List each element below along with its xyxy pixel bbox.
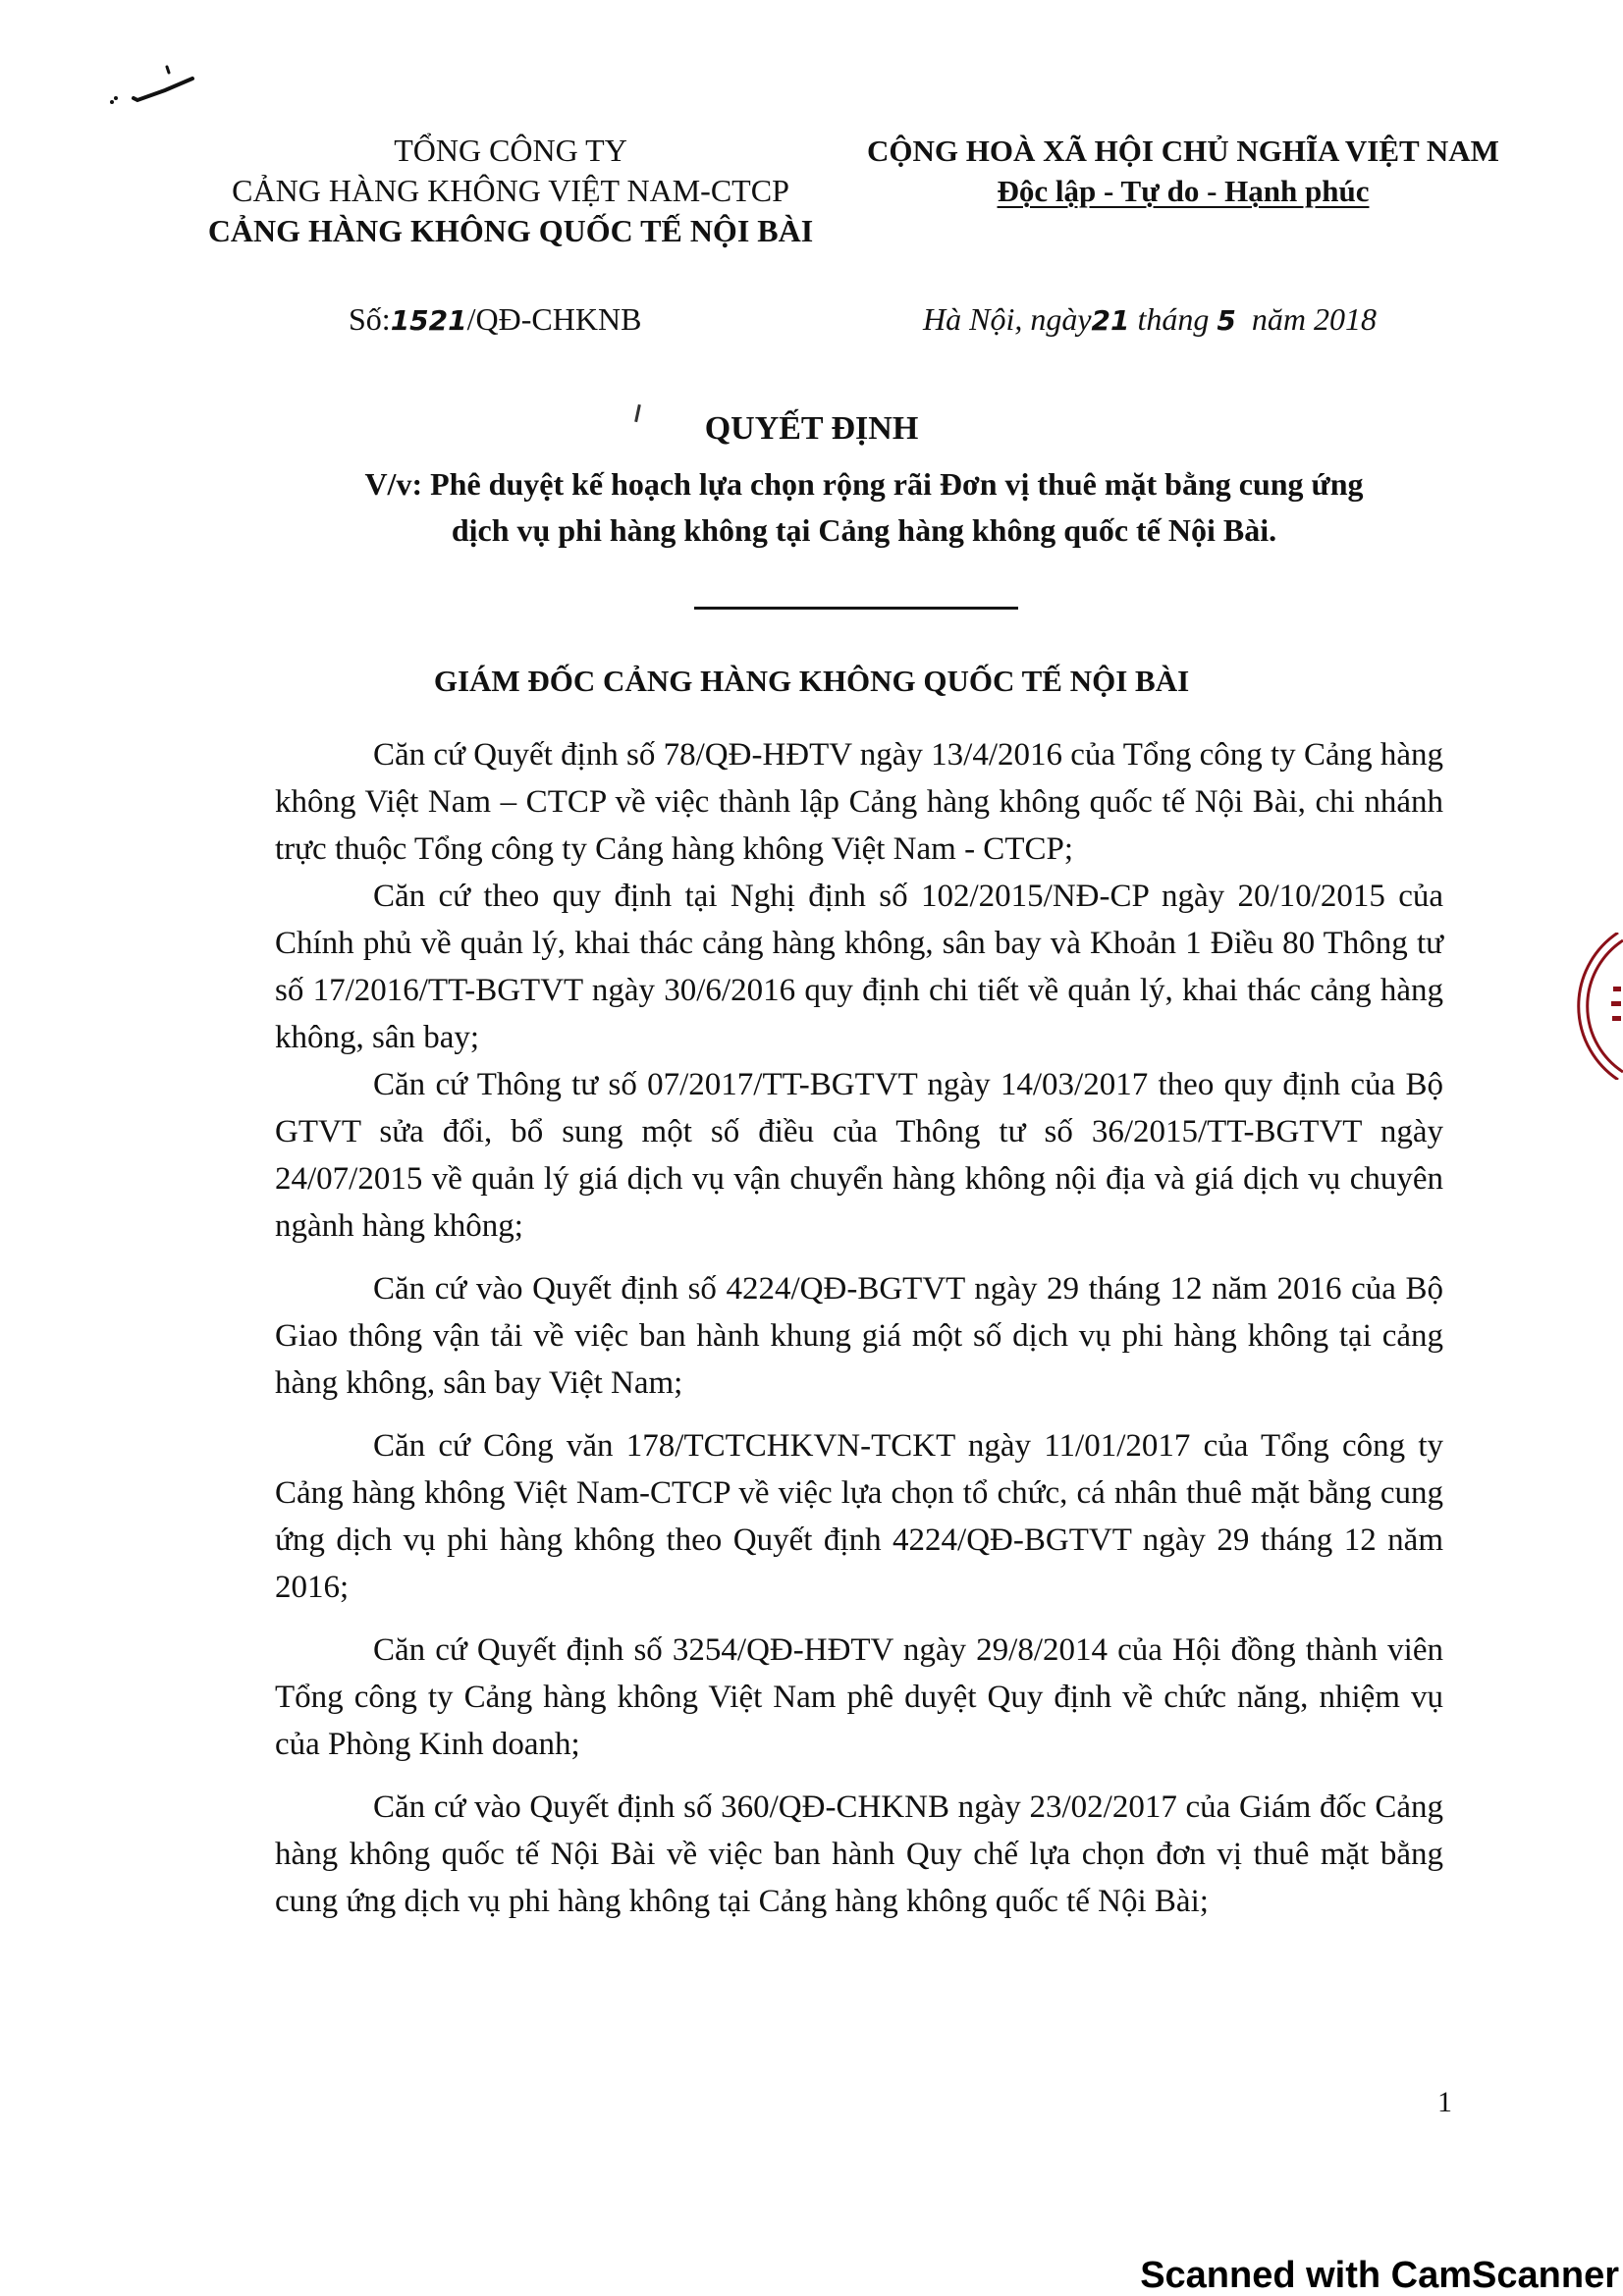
paragraph: Căn cứ Thông tư số 07/2017/TT-BGTVT ngày…	[275, 1061, 1443, 1250]
subject-line2: dịch vụ phi hàng không tại Cảng hàng khô…	[275, 507, 1453, 554]
document-number-handwritten: 1521	[391, 304, 467, 337]
handwritten-mark-icon	[106, 61, 204, 110]
issuing-authority: GIÁM ĐỐC CẢNG HÀNG KHÔNG QUỐC TẾ NỘI BÀI	[0, 664, 1623, 699]
divider	[694, 607, 1018, 610]
date-year: năm 2018	[1252, 301, 1377, 337]
national-title: CỘNG HOÀ XÃ HỘI CHỦ NGHĨA VIỆT NAM	[844, 131, 1522, 171]
national-motto: Độc lập - Tự do - Hạnh phúc	[998, 174, 1370, 208]
paragraph: Căn cứ vào Quyết định số 360/QĐ-CHKNB ng…	[275, 1784, 1443, 1925]
org-parent-line2: CẢNG HÀNG KHÔNG VIỆT NAM-CTCP	[177, 171, 844, 211]
date-prefix: Hà Nội, ngày	[923, 301, 1092, 337]
document-body: Căn cứ Quyết định số 78/QĐ-HĐTV ngày 13/…	[275, 731, 1443, 1925]
date-month-label: tháng	[1138, 301, 1210, 337]
paragraph: Căn cứ Quyết định số 3254/QĐ-HĐTV ngày 2…	[275, 1627, 1443, 1768]
document-number: Số:1521/QĐ-CHKNB	[349, 301, 641, 338]
national-header: CỘNG HOÀ XÃ HỘI CHỦ NGHĨA VIỆT NAM Độc l…	[844, 131, 1522, 211]
document-title: QUYẾT ĐỊNH	[0, 410, 1623, 448]
paragraph: Căn cứ theo quy định tại Nghị định số 10…	[275, 873, 1443, 1061]
paragraph: Căn cứ Quyết định số 78/QĐ-HĐTV ngày 13/…	[275, 731, 1443, 873]
date-day-handwritten: 21	[1092, 304, 1130, 337]
document-subject: V/v: Phê duyệt kế hoạch lựa chọn rộng rã…	[275, 461, 1453, 554]
document-number-prefix: Số:	[349, 301, 391, 337]
org-parent-line1: TỔNG CÔNG TY	[177, 131, 844, 171]
org-name: CẢNG HÀNG KHÔNG QUỐC TẾ NỘI BÀI	[177, 211, 844, 251]
document-number-suffix: /QĐ-CHKNB	[467, 301, 642, 337]
date-month-handwritten: 5	[1217, 304, 1235, 337]
subject-line1: V/v: Phê duyệt kế hoạch lựa chọn rộng rã…	[275, 461, 1453, 507]
page-number: 1	[1437, 2086, 1452, 2119]
paragraph: Căn cứ Công văn 178/TCTCHKVN-TCKT ngày 1…	[275, 1422, 1443, 1611]
scanner-watermark: Scanned with CamScanner	[1140, 2255, 1619, 2296]
red-seal-stamp-icon	[1549, 933, 1623, 1080]
issuing-organization: TỔNG CÔNG TY CẢNG HÀNG KHÔNG VIỆT NAM-CT…	[177, 131, 844, 251]
document-date: Hà Nội, ngày21 tháng 5 năm 2018	[923, 301, 1377, 338]
paragraph: Căn cứ vào Quyết định số 4224/QĐ-BGTVT n…	[275, 1265, 1443, 1407]
